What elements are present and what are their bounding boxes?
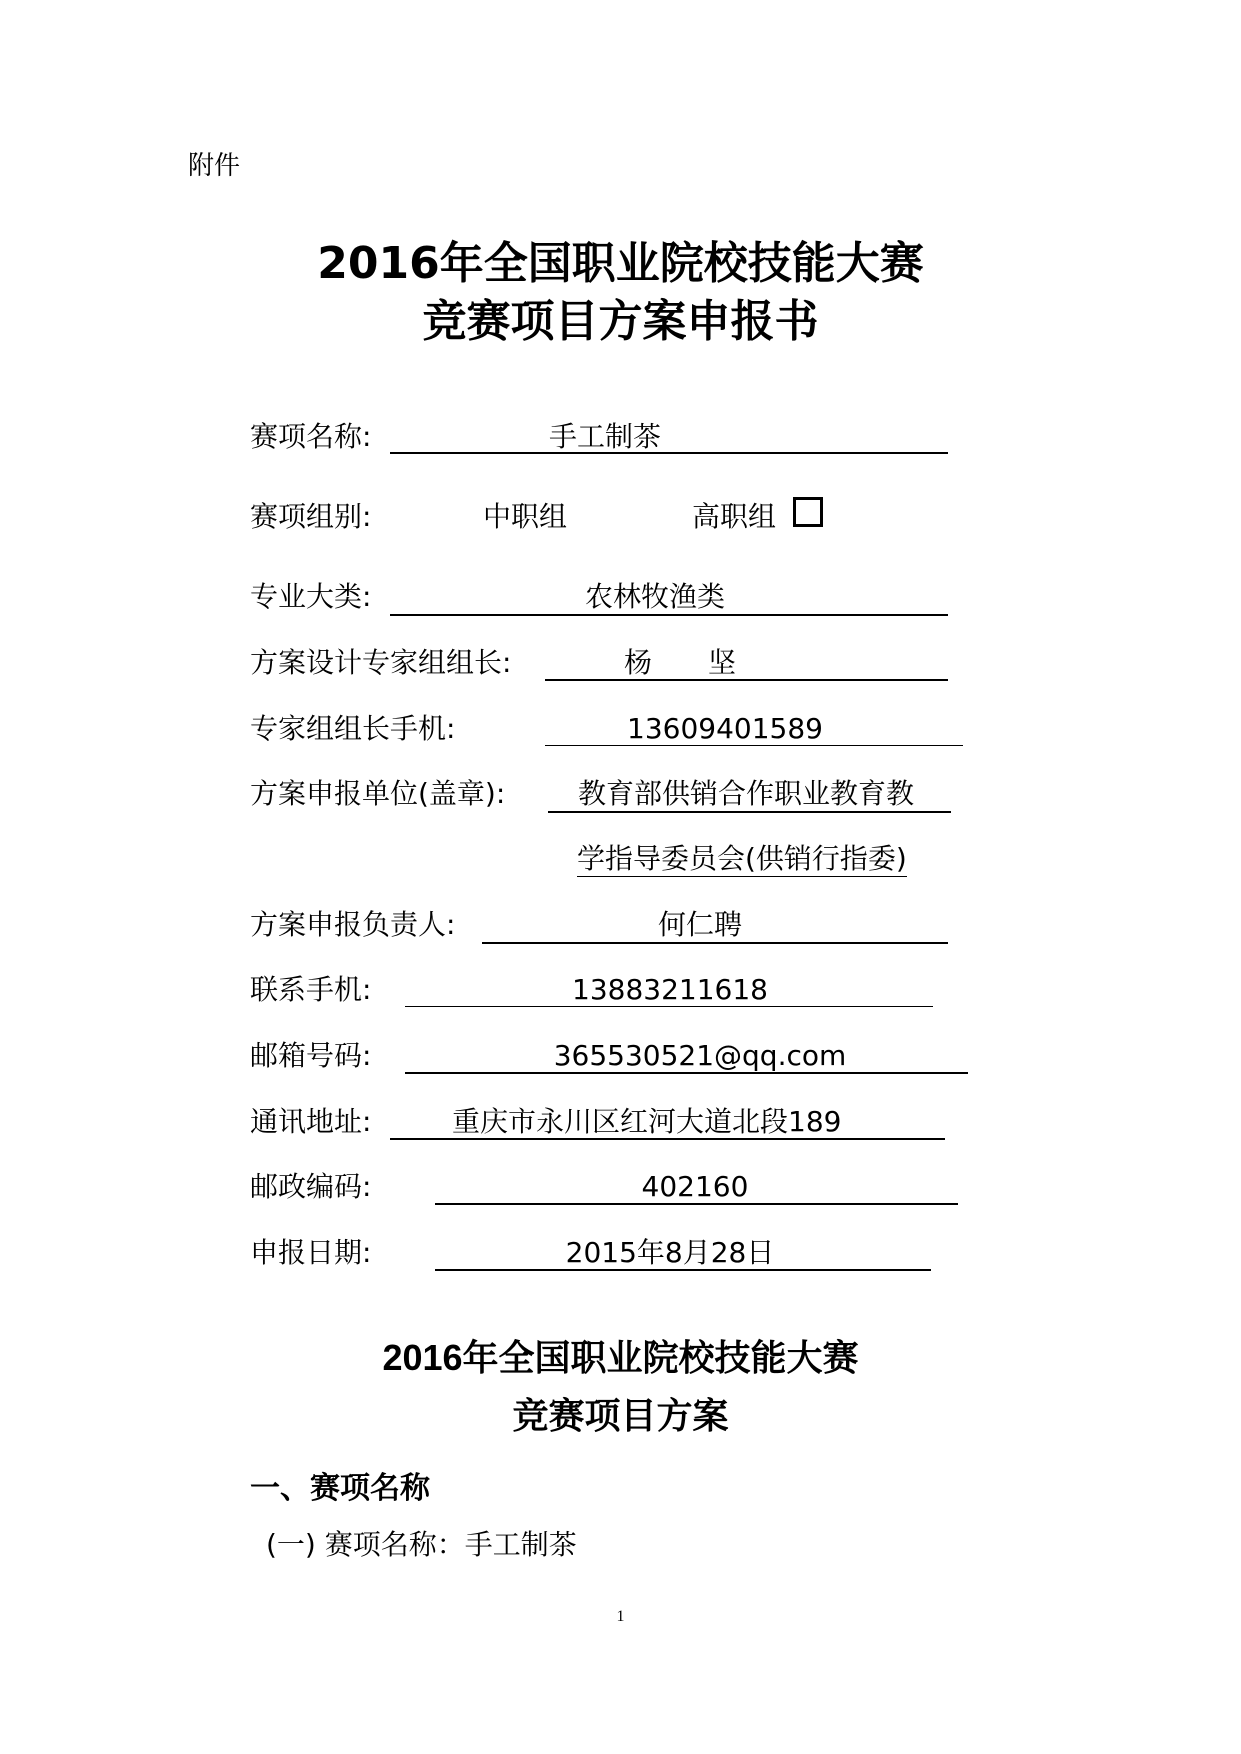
field-label: 联系手机:: [250, 973, 371, 1007]
field-value: 13609401589: [560, 712, 890, 746]
field-underline: [482, 942, 948, 944]
section-item-event-name: (一) 赛项名称：手工制茶: [266, 1528, 577, 1562]
field-value: 2015年8月28日: [520, 1236, 820, 1270]
field-label: 通讯地址:: [250, 1105, 371, 1139]
field-value: 13883211618: [520, 973, 820, 1007]
field-underline: [390, 614, 948, 616]
application-title-line1: 2016年全国职业院校技能大赛: [0, 238, 1241, 290]
field-value: 农林牧渔类: [480, 580, 830, 614]
field-value: 402160: [560, 1170, 830, 1204]
field-label: 邮箱号码:: [250, 1039, 371, 1073]
plan-title-line1: 2016年全国职业院校技能大赛: [0, 1336, 1241, 1380]
field-label: 赛项名称:: [250, 420, 371, 454]
option-secondary-vocational: 中职组: [483, 500, 567, 534]
field-value: 重庆市永川区红河大道北段189: [452, 1105, 841, 1139]
field-label: 方案申报单位(盖章):: [250, 777, 505, 811]
field-value-line2: 学指导委员会(供销行指委): [577, 842, 907, 877]
higher-vocational-checkbox[interactable]: [793, 497, 823, 527]
field-label: 专家组组长手机:: [250, 712, 455, 746]
field-value: 何仁聘: [600, 908, 800, 942]
field-label: 方案设计专家组组长:: [250, 646, 511, 680]
field-label: 专业大类:: [250, 580, 371, 614]
field-value: 365530521@qq.com: [520, 1039, 880, 1073]
field-value-line1: 教育部供销合作职业教育教: [578, 777, 914, 811]
plan-title-line2: 竞赛项目方案: [0, 1394, 1241, 1438]
attachment-label: 附件: [188, 150, 240, 182]
field-value: 手工制茶: [390, 420, 820, 454]
page-number: 1: [0, 1608, 1241, 1626]
field-underline: [548, 811, 951, 813]
field-label: 申报日期:: [250, 1236, 371, 1270]
field-value: 杨 坚: [580, 646, 780, 680]
field-label: 赛项组别:: [250, 500, 371, 534]
field-label: 方案申报负责人:: [250, 908, 455, 942]
field-label: 邮政编码:: [250, 1170, 371, 1204]
option-higher-vocational: 高职组: [692, 500, 776, 534]
application-title-line2: 竞赛项目方案申报书: [0, 296, 1241, 348]
section-heading-event-name: 一、赛项名称: [250, 1470, 430, 1508]
